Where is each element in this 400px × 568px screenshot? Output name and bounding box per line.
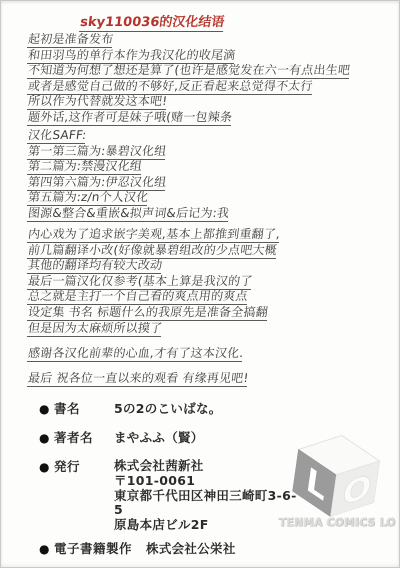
- publisher-name: 株式会社茜新社: [114, 459, 299, 474]
- colophon: ● 書名 5の2のこいばな。 ● 著者名 まやふふ（賢） ● 発行 株式会社茜新…: [39, 401, 299, 568]
- address-building: 原島本店ビル2F: [114, 518, 299, 533]
- address-line: 東京都千代田区神田三崎町3-6-5: [114, 489, 299, 519]
- staff-line: 第五篇为:z/n个人汉化: [27, 191, 149, 206]
- bullet-icon: ●: [39, 541, 54, 557]
- ebook-producer: 株式会社公栄社: [146, 541, 236, 557]
- handwritten-line: 和田羽鸟的单行本作为我汉化的收尾滴: [27, 49, 236, 64]
- handwritten-line: 起初是准备发布: [27, 33, 114, 48]
- colophon-label: 発行: [54, 459, 106, 475]
- bullet-icon: ●: [39, 430, 54, 446]
- notes-paragraph: 内心戏为了追求嵌字美观,基本上都推到重翻了, 前几篇翻译小改(好像就暴碧组改的少…: [27, 227, 279, 336]
- staff-line: 汉化SAFF:: [27, 129, 87, 144]
- farewell-line: 最后 祝各位一直以来的观看 有缘再见吧!: [27, 371, 247, 387]
- handwritten-line: 内心戏为了追求嵌字美观,基本上都推到重翻了,: [27, 228, 281, 243]
- handwritten-line: 总之就是主打一个自己看的爽点用的爽点: [27, 290, 248, 305]
- author-name: まやふふ（賢）: [114, 430, 204, 446]
- handwritten-line: 其他的翻译均有较大改动: [27, 259, 163, 274]
- handwritten-line: 题外话,这作者可是妹子哦(赌一包辣条: [27, 111, 233, 126]
- colophon-label: 書名: [54, 401, 106, 417]
- colophon-row-ebook: ● 電子書籍製作 株式会社公栄社: [39, 541, 299, 557]
- cube-logo-icon: L O: [277, 433, 395, 519]
- handwritten-line: 所以作为代替就发这本吧!: [27, 95, 168, 110]
- staff-line: 第一第三篇为:暴碧汉化组: [27, 145, 167, 160]
- colophon-label: 著者名: [54, 430, 106, 446]
- scanned-afterword-page: sky110036的汉化结语 起初是准备发布 和田羽鸟的单行本作为我汉化的收尾滴…: [0, 0, 400, 568]
- handwritten-line: 但是因为太麻烦所以摸了: [27, 322, 163, 337]
- thanks-line: 感谢各汉化前辈的心血,才有了这本汉化.: [27, 346, 242, 362]
- publisher-block: 株式会社茜新社 〒101-0061 東京都千代田区神田三崎町3-6-5 原島本店…: [114, 459, 299, 533]
- handwritten-line: 前几篇翻译小改(好像就暴碧组改的少点吧大概: [27, 244, 278, 259]
- staff-line: 第二篇为:禁漫汉化组: [27, 160, 143, 175]
- colophon-row-title: ● 書名 5の2のこいばな。: [39, 401, 299, 417]
- colophon-label: 電子書籍製作: [54, 541, 132, 557]
- tenma-comics-lo-logo: L O TENMA COMICS LO: [277, 433, 395, 541]
- colophon-row-author: ● 著者名 まやふふ（賢）: [39, 430, 299, 446]
- book-title: 5の2のこいばな。: [114, 401, 222, 417]
- staff-line: 第四第六篇为:伊忍汉化组: [27, 176, 167, 191]
- handwritten-line: 最后一篇汉化仅参考(基本上算是我汉的了: [27, 275, 253, 290]
- postal-code: 〒101-0061: [114, 474, 299, 489]
- page-title-text: sky110036的汉化结语: [79, 11, 226, 32]
- handwritten-line: 设定集 书名 标题什么的我原先是准备全搞翻: [27, 306, 269, 321]
- bullet-icon: ●: [39, 401, 54, 417]
- logo-caption: TENMA COMICS LO: [279, 517, 395, 529]
- handwritten-line: 或者是感觉自己做的不够好,反正看起来总觉得不太行: [27, 80, 313, 95]
- intro-paragraph: 起初是准备发布 和田羽鸟的单行本作为我汉化的收尾滴 不知道为何想了想还是算了(也…: [27, 32, 349, 126]
- staff-line: 图源&整合&重嵌&拟声词&后记为:我: [27, 207, 230, 222]
- staff-credits: 汉化SAFF: 第一第三篇为:暴碧汉化组 第二篇为:禁漫汉化组 第四第六篇为:伊…: [27, 128, 228, 222]
- colophon-row-publisher: ● 発行 株式会社茜新社 〒101-0061 東京都千代田区神田三崎町3-6-5…: [39, 459, 299, 533]
- page-title: sky110036的汉化结语: [79, 11, 226, 32]
- bullet-icon: ●: [39, 459, 54, 475]
- handwritten-line: 不知道为何想了想还是算了(也许是感觉发在六一有点出生吧: [27, 64, 351, 79]
